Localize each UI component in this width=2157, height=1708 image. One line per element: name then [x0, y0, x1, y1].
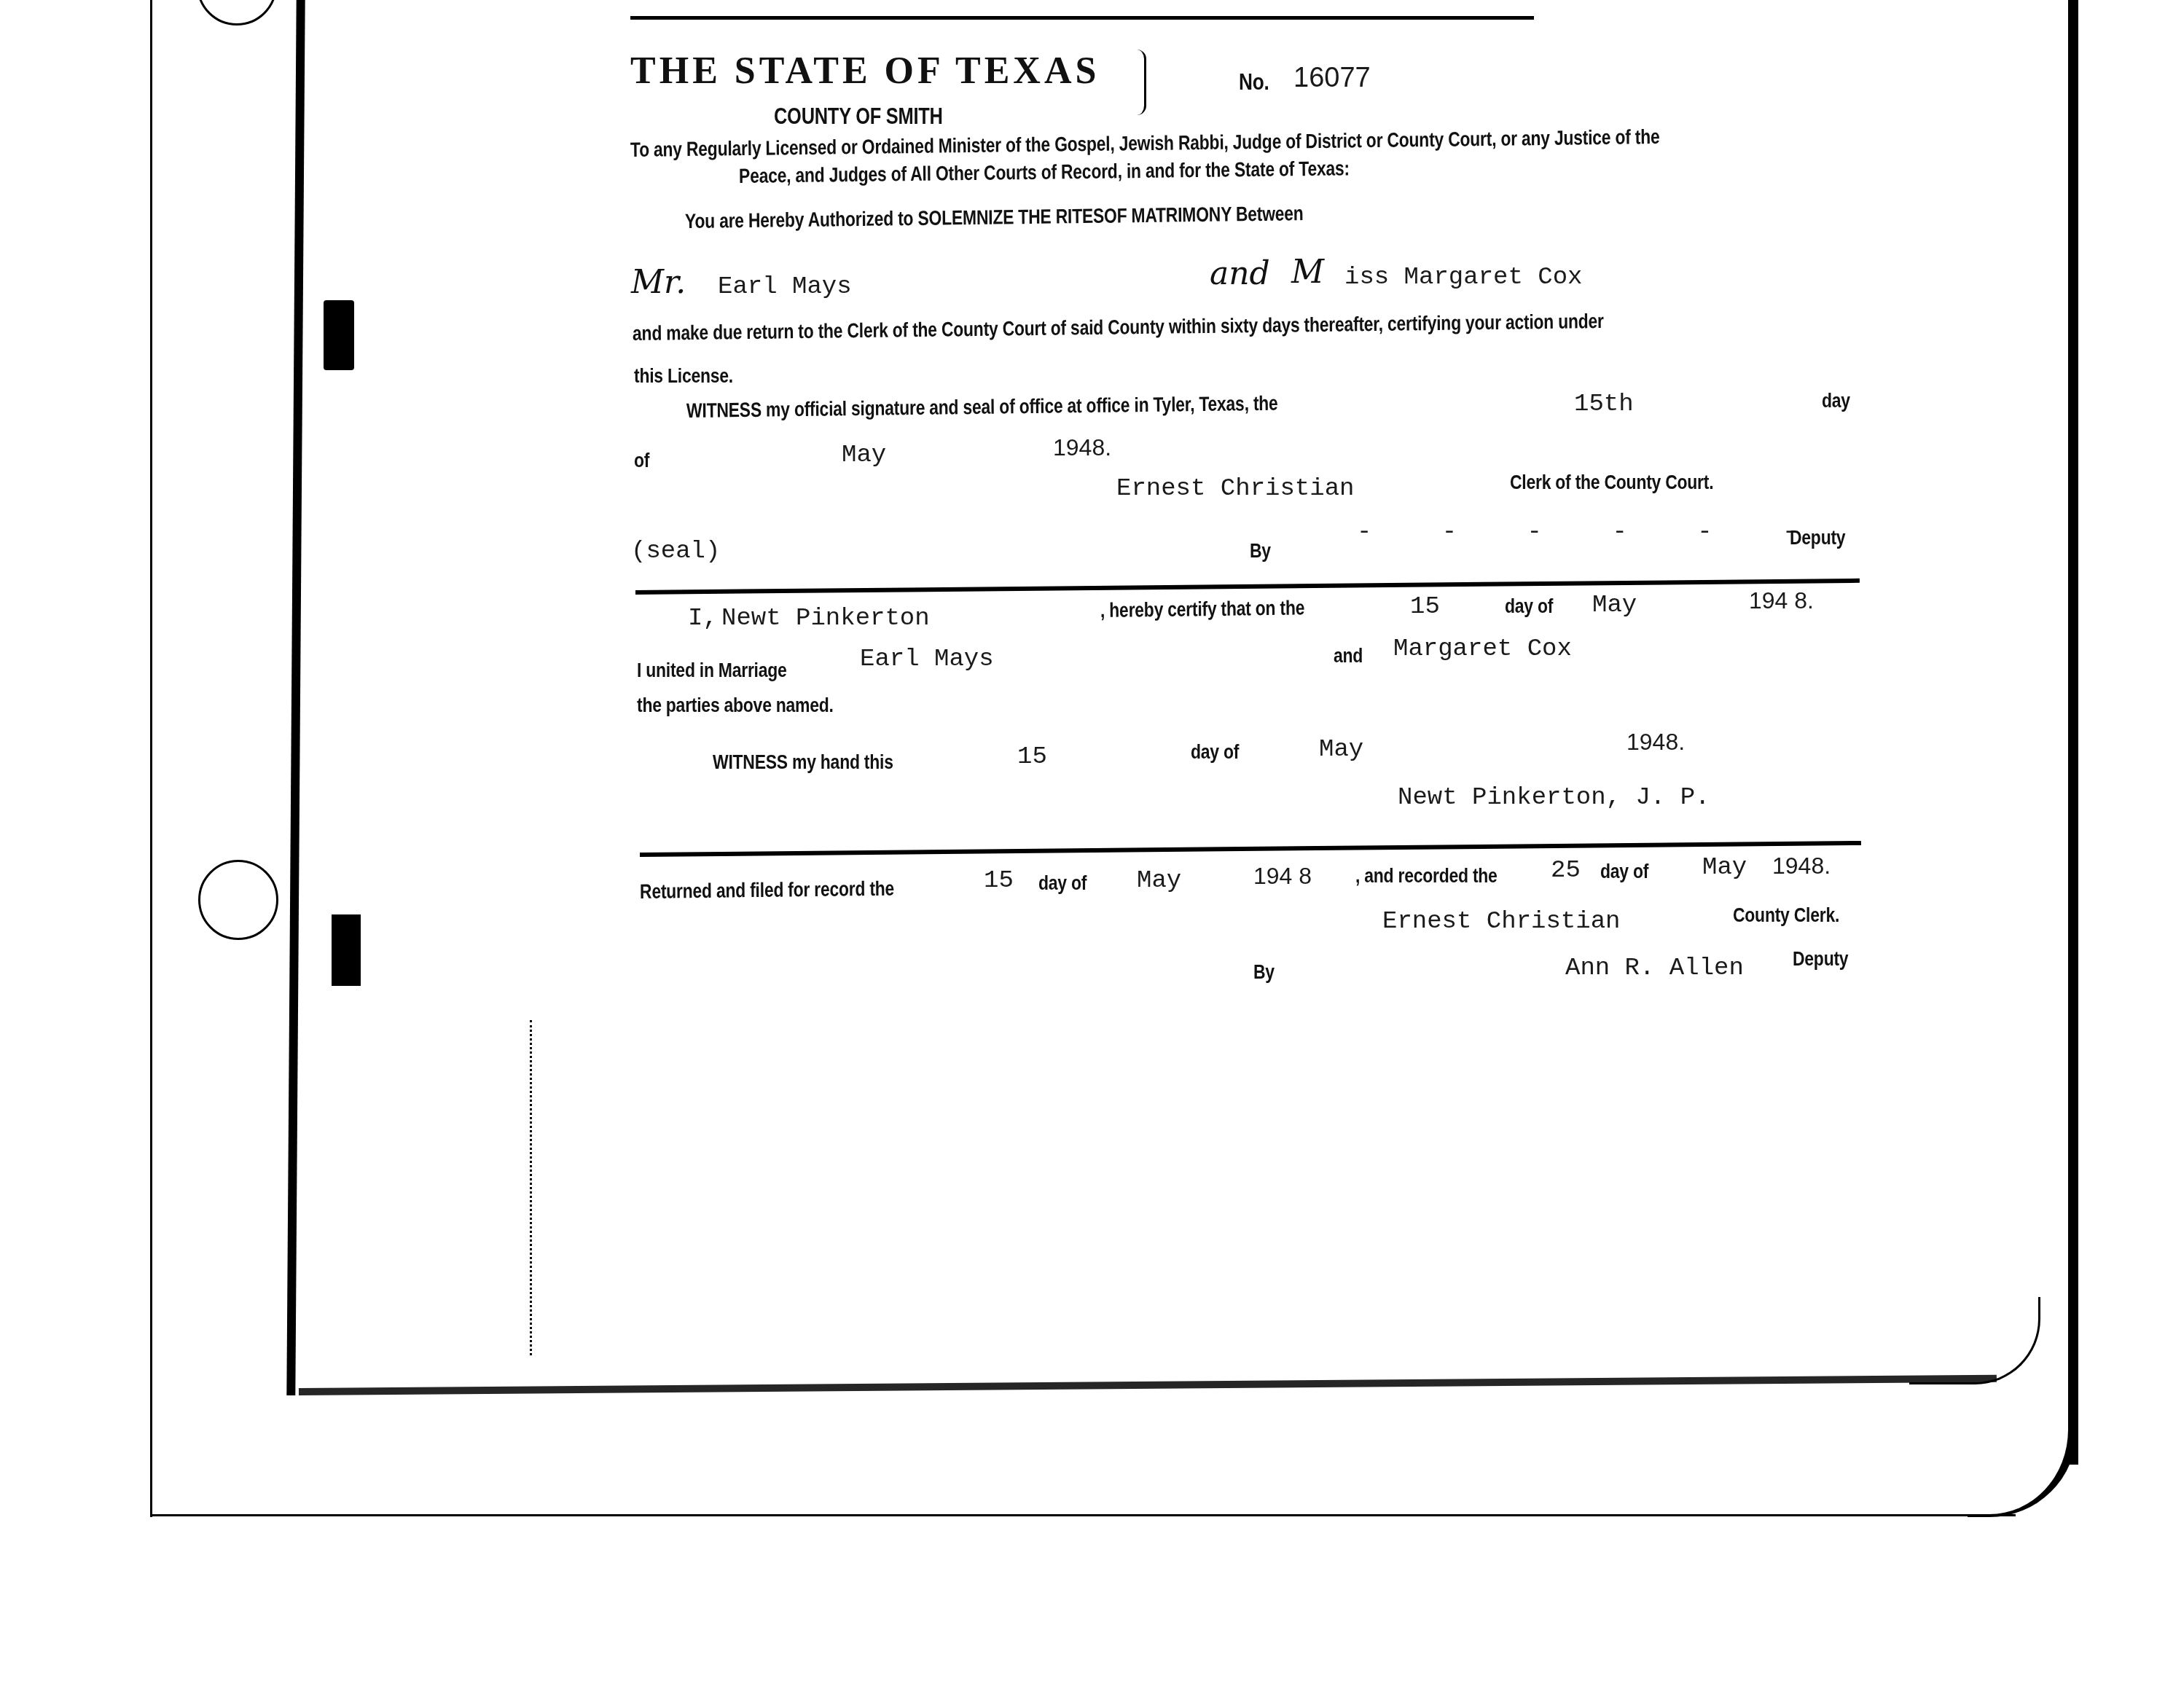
groom-name: Earl Mays [718, 273, 852, 301]
page-bottom-edge [299, 1375, 1997, 1395]
binder-hole-top [197, 0, 277, 26]
address-line-2: Peace, and Judges of All Other Courts of… [739, 157, 1350, 188]
binder-tab-bottom [332, 914, 361, 986]
clerk-by-label: By [1250, 539, 1271, 563]
divider-rule-1 [635, 579, 1860, 595]
clerk-witness-of-label: of [634, 449, 649, 472]
record-deputy-label: Deputy [1793, 947, 1848, 971]
address-line-1: To any Regularly Licensed or Ordained Mi… [630, 125, 1660, 162]
record-clerk-signature: Ernest Christian [1382, 908, 1620, 936]
top-rule [630, 16, 1534, 20]
officiant-witness-month: May [1319, 736, 1363, 764]
returned-text: Returned and filed for record the [640, 877, 894, 904]
recorded-month: May [1702, 854, 1747, 882]
record-clerk-title: County Clerk. [1733, 904, 1839, 927]
clerk-deputy-label: Deputy [1790, 526, 1845, 549]
binder-hole-middle [198, 860, 278, 940]
officiant-signature: Newt Pinkerton, J. P. [1398, 784, 1710, 812]
recorded-year: 1948. [1772, 853, 1831, 880]
recorded-day: 25 [1551, 857, 1581, 885]
binder-tab-top [324, 300, 354, 370]
certify-year: 194 8. [1749, 587, 1814, 614]
clerk-witness-month: May [842, 442, 886, 469]
officiant-witness-day-of: day of [1191, 740, 1239, 764]
clerk-title: Clerk of the County Court. [1510, 471, 1713, 494]
clerk-witness-text: WITNESS my official signature and seal o… [686, 392, 1278, 423]
sheet-bottom-edge [150, 1514, 2016, 1516]
seal-label: (seal) [631, 538, 720, 565]
united-and-label: and [1334, 644, 1363, 667]
officiant-witness-year: 1948. [1626, 729, 1685, 756]
header-brace [1137, 50, 1146, 115]
return-instruction-line-1: and make due return to the Clerk of the … [633, 310, 1604, 345]
clerk-witness-day: 15th [1574, 391, 1634, 418]
sheet-corner [1968, 1414, 2077, 1517]
united-label: I united in Marriage [637, 659, 787, 682]
state-title: THE STATE OF TEXAS [630, 50, 1100, 93]
license-number: 16077 [1293, 63, 1371, 94]
united-groom-name: Earl Mays [860, 646, 994, 673]
returned-month: May [1137, 867, 1181, 895]
bride-prefix: M [1291, 254, 1324, 291]
certify-day: 15 [1410, 593, 1440, 621]
returned-year: 194 8 [1253, 863, 1312, 890]
return-instruction-line-2: this License. [634, 364, 733, 388]
clerk-witness-year: 1948. [1053, 434, 1111, 461]
officiant-witness-day: 15 [1017, 743, 1047, 771]
perforation-line [530, 1020, 534, 1355]
record-by-label: By [1253, 960, 1275, 984]
groom-prefix: Mr. [631, 264, 686, 301]
license-number-label: No. [1239, 68, 1269, 95]
officiant-name: Newt Pinkerton [721, 605, 930, 632]
deputy-blank: - - - - - - [1357, 519, 1825, 547]
officiant-witness-text: WITNESS my hand this [713, 751, 893, 774]
returned-day: 15 [984, 867, 1014, 895]
certify-text: , hereby certify that on the [1100, 596, 1304, 622]
parties-text: the parties above named. [637, 694, 834, 717]
county-name: COUNTY OF SMITH [774, 103, 943, 130]
record-deputy-name: Ann R. Allen [1565, 955, 1744, 982]
clerk-signature: Ernest Christian [1116, 475, 1354, 503]
recorded-text: , and recorded the [1355, 864, 1498, 888]
certify-month: May [1592, 592, 1637, 619]
returned-day-of: day of [1038, 871, 1087, 895]
clerk-witness-day-label: day [1822, 389, 1850, 412]
united-bride-name: Margaret Cox [1393, 635, 1572, 663]
page-corner [1909, 1297, 2040, 1384]
sheet-right-edge [2068, 0, 2078, 1465]
officiant-prefix: I, [688, 605, 718, 632]
certify-day-of: day of [1505, 595, 1553, 618]
recorded-day-of: day of [1600, 860, 1648, 883]
conjunction-and: and [1210, 255, 1270, 292]
sheet-left-edge [150, 0, 152, 1517]
authorization-text: You are Hereby Authorized to SOLEMNIZE T… [685, 202, 1304, 233]
divider-rule-2 [640, 841, 1861, 857]
page-left-edge [286, 0, 305, 1395]
bride-name: iss Margaret Cox [1344, 264, 1582, 291]
